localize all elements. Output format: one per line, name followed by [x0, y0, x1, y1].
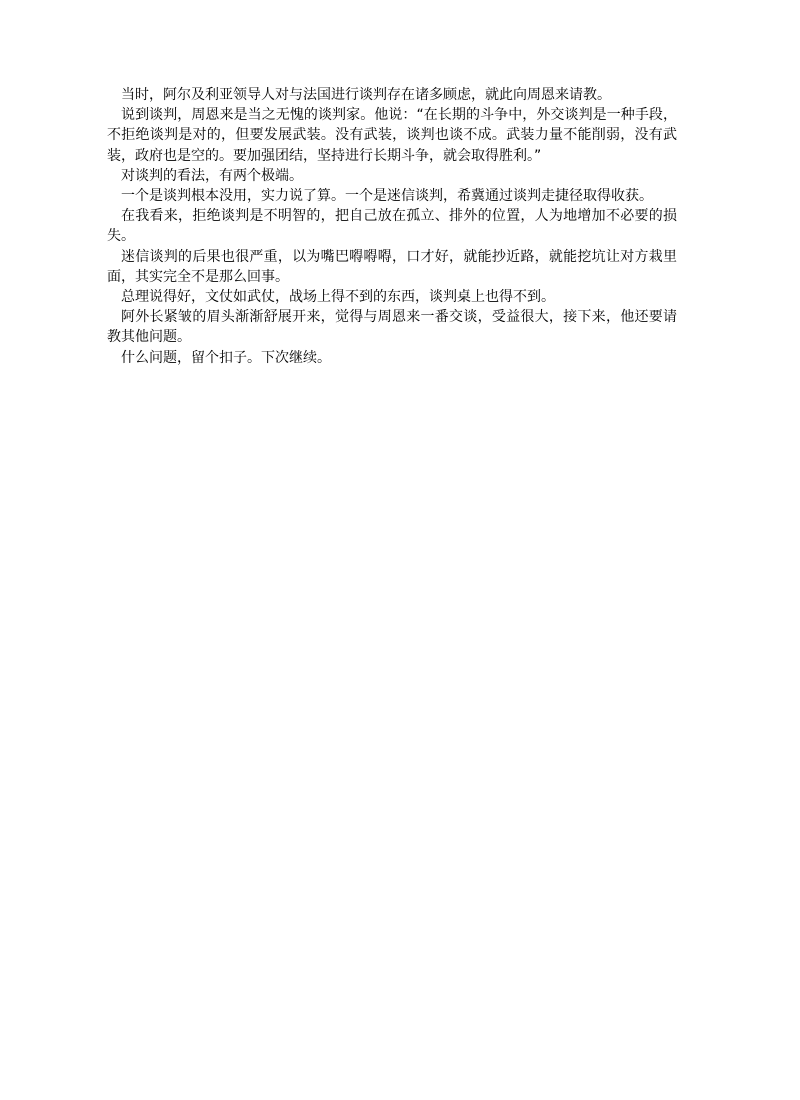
paragraph-4: 一个是谈判根本没用，实力说了算。一个是迷信谈判，希冀通过谈判走捷径取得收获。 [107, 186, 677, 206]
paragraph-1: 当时，阿尔及利亚领导人对与法国进行谈判存在诸多顾虑，就此向周恩来请教。 [107, 85, 677, 105]
paragraph-7: 总理说得好，文仗如武仗，战场上得不到的东西，谈判桌上也得不到。 [107, 287, 677, 307]
paragraph-6: 迷信谈判的后果也很严重，以为嘴巴嘚嘚嘚，口才好，就能抄近路，就能挖坑让对方栽里面… [107, 247, 677, 287]
paragraph-8: 阿外长紧皱的眉头渐渐舒展开来，觉得与周恩来一番交谈，受益很大，接下来，他还要请教… [107, 307, 677, 347]
paragraph-9: 什么问题，留个扣子。下次继续。 [107, 348, 677, 368]
paragraph-5: 在我看来，拒绝谈判是不明智的，把自己放在孤立、排外的位置，人为地增加不必要的损失… [107, 206, 677, 246]
paragraph-2: 说到谈判，周恩来是当之无愧的谈判家。他说：“在长期的斗争中，外交谈判是一种手段，… [107, 105, 677, 166]
paragraph-3: 对谈判的看法，有两个极端。 [107, 166, 677, 186]
document-page: 当时，阿尔及利亚领导人对与法国进行谈判存在诸多顾虑，就此向周恩来请教。 说到谈判… [107, 85, 677, 368]
